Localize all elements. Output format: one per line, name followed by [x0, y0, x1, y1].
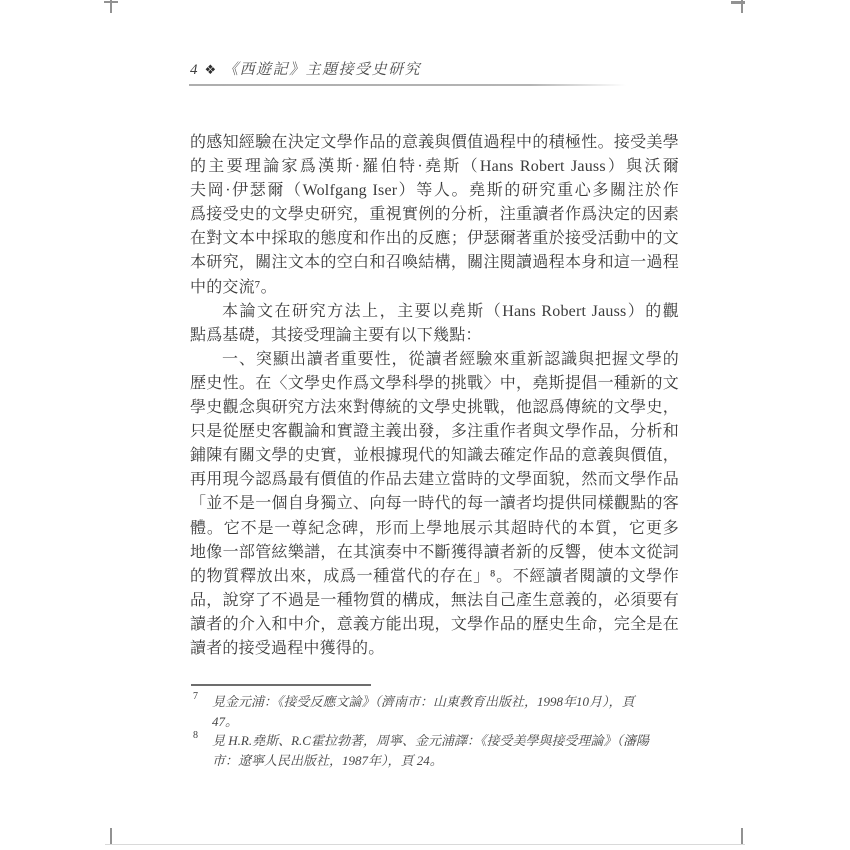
footnote-marker: 7: [193, 691, 198, 702]
body-line: 學史觀念與研究方法來對傳統的文學史挑戰，他認爲傳統的文學史，: [190, 396, 679, 420]
running-title: 《西遊記》主題接受史研究: [223, 62, 421, 78]
body-line: 再用現今認爲最有價值的作品去建立當時的文學面貌，然而文學作品: [190, 468, 679, 492]
body-line: 點爲基礎，其接受理論主要有以下幾點：: [190, 324, 679, 348]
body-line: 歷史性。在〈文學史作爲文學科學的挑戰〉中，堯斯提倡一種新的文: [190, 372, 679, 396]
footnote: 7見金元浦：《接受反應文論》（濟南市：山東教育出版社，1998年10月），頁47…: [190, 692, 668, 731]
scan-corner-mark-top-right: [731, 1, 745, 4]
body-line: 夫岡·伊瑟爾（Wolfgang Iser）等人。堯斯的研究重心多關注於作: [190, 179, 679, 203]
footnote: 8見 H.R.堯斯、R.C霍拉勃著，周寧、金元浦譯：《接受美學與接受理論》（瀋陽…: [190, 731, 668, 770]
body-line: 地像一部管絃樂譜，在其演奏中不斷獲得讀者新的反響，使本文從詞: [190, 541, 679, 565]
scanned-book-page: 4❖《西遊記》主題接受史研究 的感知經驗在決定文學作品的意義與價值過程中的積極性…: [0, 0, 850, 850]
header-rule: [189, 84, 626, 86]
footnotes-section: 7見金元浦：《接受反應文論》（濟南市：山東教育出版社，1998年10月），頁47…: [190, 692, 668, 770]
body-line: 的物質釋放出來，成爲一種當代的存在」⁸。不經讀者閱讀的文學作: [190, 565, 679, 589]
footnote-line: 見金元浦：《接受反應文論》（濟南市：山東教育出版社，1998年10月），頁: [212, 692, 668, 712]
footnote-line: 見 H.R.堯斯、R.C霍拉勃著，周寧、金元浦譯：《接受美學與接受理論》（瀋陽: [212, 731, 668, 751]
body-line: 品，說穿了不過是一種物質的構成，無法自己產生意義的，必須要有: [190, 589, 679, 613]
page-number: 4: [190, 62, 200, 78]
body-line: 本研究，關注文本的空白和召喚結構，關注閱讀過程本身和這一過程: [190, 251, 679, 275]
body-text: 的感知經驗在決定文學作品的意義與價值過程中的積極性。接受美學的主要理論家爲漢斯·…: [190, 131, 679, 661]
body-line: 本論文在研究方法上，主要以堯斯（Hans Robert Jauss）的觀: [190, 300, 679, 324]
body-line: 的感知經驗在決定文學作品的意義與價值過程中的積極性。接受美學: [190, 131, 679, 155]
body-line: 讀者的接受過程中獲得的。: [190, 637, 679, 661]
body-line: 讀者的介入和中介，意義方能出現，文學作品的歷史生命，完全是在: [190, 613, 679, 637]
body-line: 爲接受史的文學史研究，重視實例的分析，注重讀者作爲決定的因素: [190, 203, 679, 227]
running-header: 4❖《西遊記》主題接受史研究: [190, 61, 690, 80]
body-line: 的主要理論家爲漢斯·羅伯特·堯斯（Hans Robert Jauss）與沃爾: [190, 155, 679, 179]
footnote-line: 市：遼寧人民出版社，1987年），頁 24。: [212, 751, 668, 771]
scan-corner-mark-top-left: [104, 1, 118, 3]
scan-corner-mark-bottom-left: [110, 828, 112, 845]
body-line: 在對文本中採取的態度和作出的反應；伊瑟爾著重於接受活動中的文: [190, 227, 679, 251]
body-line: 只是從歷史客觀論和實證主義出發，多注重作者與文學作品，分析和: [190, 420, 679, 444]
footnote-marker: 8: [193, 730, 198, 741]
body-line: 「並不是一個自身獨立、向每一時代的每一讀者均提供同樣觀點的客: [190, 492, 679, 516]
body-line: 鋪陳有關文學的史實，並根據現代的知識去確定作品的意義與價值，: [190, 444, 679, 468]
diamond-ornament-icon: ❖: [205, 63, 217, 78]
scan-corner-mark-bottom-right: [741, 828, 743, 845]
footnote-separator: [191, 684, 371, 686]
body-line: 體。它不是一尊紀念碑，形而上學地展示其超時代的本質，它更多: [190, 517, 679, 541]
body-line: 中的交流⁷。: [190, 276, 679, 300]
scan-page-bottom-edge: [105, 844, 745, 845]
body-line: 一、突顯出讀者重要性，從讀者經驗來重新認識與把握文學的: [190, 348, 679, 372]
footnote-line: 47。: [212, 712, 668, 732]
